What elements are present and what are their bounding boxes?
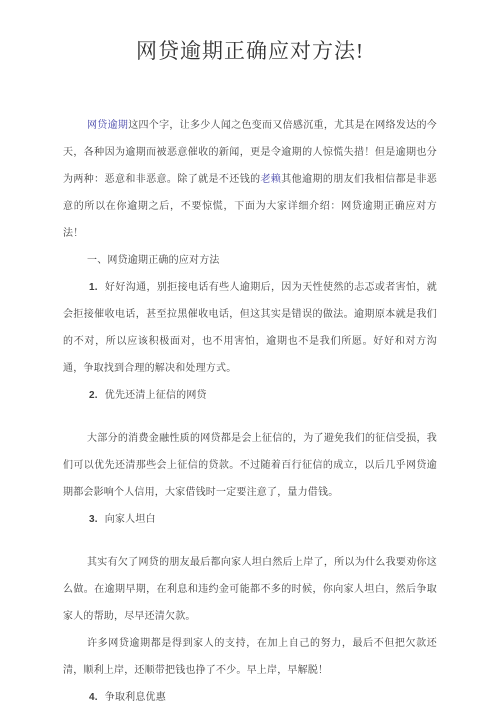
intro-paragraph: 网贷逾期这四个字，让多少人闻之色变而又倍感沉重，尤其是在网络发达的今天，各种因为… xyxy=(63,112,437,247)
item-1-number: 1. xyxy=(89,282,98,293)
item-2-number: 2. xyxy=(89,390,98,401)
item-2-paragraph: 大部分的消费金融性质的网贷都是会上征信的，为了避免我们的征信受损，我们可以优先还… xyxy=(63,425,437,506)
keyword-link-wangdai-yuqi[interactable]: 网贷逾期 xyxy=(87,120,128,131)
item-3-paragraph-2: 许多网贷逾期都是得到家人的支持，在加上自己的努力，最后不但把欠款还清，顺利上岸，… xyxy=(63,630,437,684)
page-title: 网贷逾期正确应对方法! xyxy=(63,36,437,66)
item-1: 1.好好沟通，别拒接电话有些人逾期后，因为天性使然的忐忑或者害怕，就会拒接催收电… xyxy=(63,274,437,382)
item-3-number: 3. xyxy=(89,514,98,525)
item-4-number: 4. xyxy=(89,692,98,703)
item-3-heading: 3.向家人坦白 xyxy=(63,506,437,533)
item-3-paragraph-1: 其实有欠了网贷的朋友最后都向家人坦白然后上岸了，所以为什么我要劝你这么做。在逾期… xyxy=(63,549,437,630)
item-3-title: 向家人坦白 xyxy=(105,514,156,525)
item-1-body: 好好沟通，别拒接电话有些人逾期后，因为天性使然的忐忑或者害怕，就会拒接催收电话，… xyxy=(63,282,437,374)
document-page: 网贷逾期正确应对方法! 网贷逾期这四个字，让多少人闻之色变而又倍感沉重，尤其是在… xyxy=(0,0,500,711)
section-heading: 一、网贷逾期正确的应对方法 xyxy=(63,247,437,274)
item-2-title: 优先还清上征信的网贷 xyxy=(105,390,207,401)
item-4-title: 争取利息优惠 xyxy=(105,692,166,703)
item-2-heading: 2.优先还清上征信的网贷 xyxy=(63,382,437,409)
keyword-link-laolai[interactable]: 老赖 xyxy=(260,174,281,185)
